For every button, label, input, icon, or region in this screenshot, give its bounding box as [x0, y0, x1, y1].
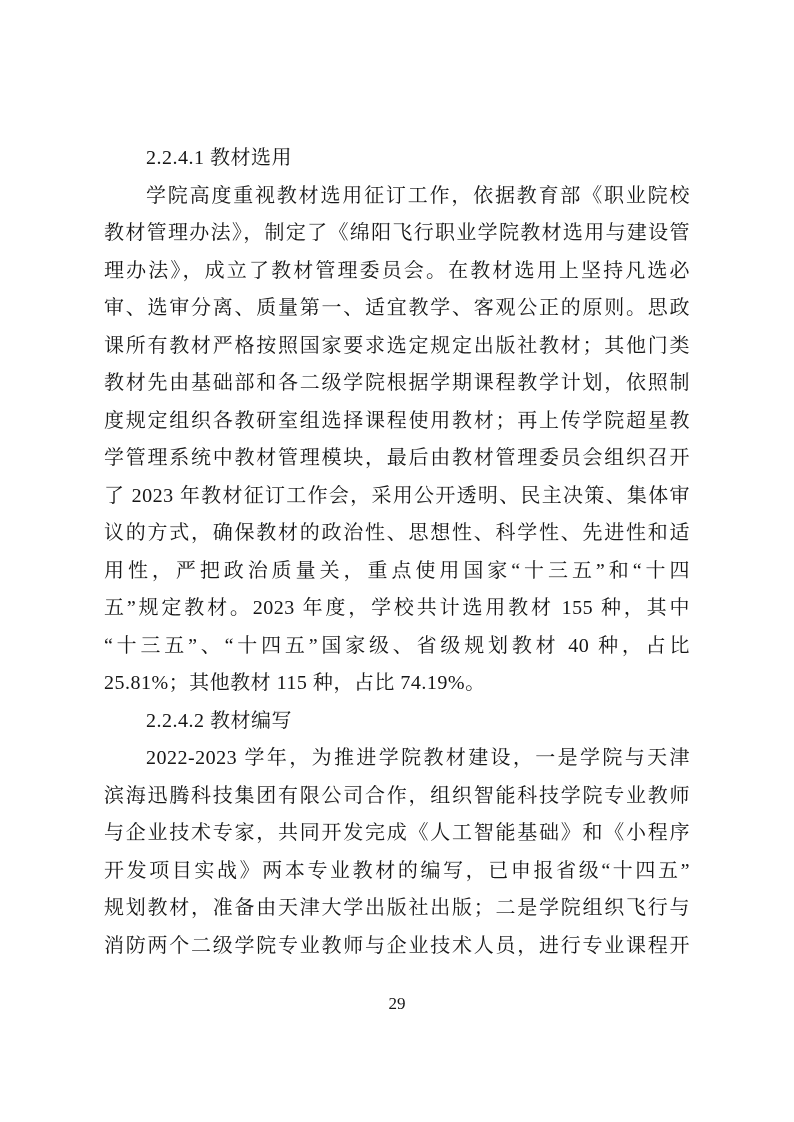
text-line: 教材先由基础部和各二级学院根据学期课程教学计划，依照制 [104, 365, 690, 403]
text-line: 五”规定教材。2023 年度，学校共计选用教材 155 种，其中 [104, 590, 690, 628]
text-line: 理办法》，成立了教材管理委员会。在教材选用上坚持凡选必 [104, 253, 690, 291]
text-line: 开发项目实战》两本专业教材的编写，已申报省级“十四五” [104, 853, 690, 891]
text-line: 用性，严把政治质量关，重点使用国家“十三五”和“十四 [104, 553, 690, 591]
text-line: 与企业技术专家，共同开发完成《人工智能基础》和《小程序 [104, 815, 690, 853]
text-line: 度规定组织各教研室组选择课程使用教材；再上传学院超星教 [104, 403, 690, 441]
section-1-heading: 2.2.4.1 教材选用 [104, 140, 690, 178]
text-line: 议的方式，确保教材的政治性、思想性、科学性、先进性和适 [104, 515, 690, 553]
page-number: 29 [0, 993, 794, 1015]
text-line: 学院高度重视教材选用征订工作，依据教育部《职业院校 [104, 178, 690, 216]
text-line: 滨海迅腾科技集团有限公司合作，组织智能科技学院专业教师 [104, 778, 690, 816]
text-line: 审、选审分离、质量第一、适宜教学、客观公正的原则。思政 [104, 290, 690, 328]
text-line: 25.81%；其他教材 115 种，占比 74.19%。 [104, 665, 690, 703]
text-line: 教材管理办法》，制定了《绵阳飞行职业学院教材选用与建设管 [104, 215, 690, 253]
text-line: 规划教材，准备由天津大学出版社出版；二是学院组织飞行与 [104, 890, 690, 928]
text-line: 了 2023 年教材征订工作会，采用公开透明、民主决策、集体审 [104, 478, 690, 516]
text-line: 消防两个二级学院专业教师与企业技术人员，进行专业课程开 [104, 928, 690, 966]
text-line: 课所有教材严格按照国家要求选定规定出版社教材；其他门类 [104, 328, 690, 366]
section-2-heading: 2.2.4.2 教材编写 [104, 703, 690, 741]
document-page: 2.2.4.1 教材选用 学院高度重视教材选用征订工作，依据教育部《职业院校 教… [0, 0, 794, 1122]
text-line: 学管理系统中教材管理模块，最后由教材管理委员会组织召开 [104, 440, 690, 478]
text-line: “十三五”、“十四五”国家级、省级规划教材 40 种，占比 [104, 628, 690, 666]
text-line: 2022-2023 学年，为推进学院教材建设，一是学院与天津 [104, 740, 690, 778]
document-content: 2.2.4.1 教材选用 学院高度重视教材选用征订工作，依据教育部《职业院校 教… [104, 140, 690, 965]
